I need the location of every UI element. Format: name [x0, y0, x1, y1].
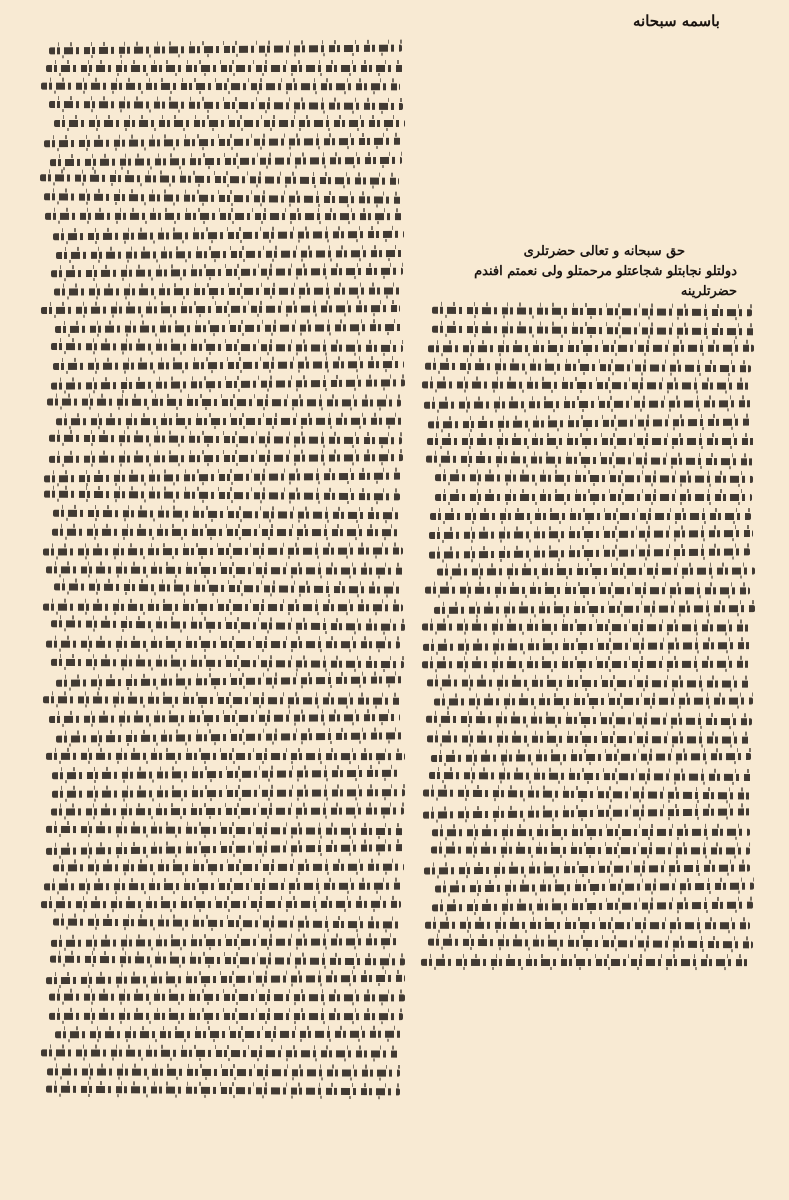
manuscript-line	[420, 711, 755, 730]
manuscript-line	[420, 655, 755, 674]
manuscript-line	[35, 821, 405, 840]
manuscript-line	[420, 748, 755, 767]
manuscript-line	[35, 747, 405, 766]
manuscript-line	[35, 1044, 405, 1063]
manuscript-line	[35, 1025, 405, 1044]
manuscript-line	[35, 263, 405, 282]
manuscript-line	[35, 1063, 405, 1082]
manuscript-line	[420, 395, 755, 414]
manuscript-line	[35, 672, 405, 691]
manuscript-line	[420, 507, 755, 526]
manuscript-line	[35, 951, 405, 970]
manuscript-line	[420, 544, 755, 563]
manuscript-line	[420, 860, 755, 879]
manuscript-line	[35, 895, 405, 914]
manuscript-line	[420, 451, 755, 470]
manuscript-line	[35, 300, 405, 319]
manuscript-line	[35, 96, 405, 115]
manuscript-line	[420, 618, 755, 637]
manuscript-line	[420, 916, 755, 935]
manuscript-line	[420, 767, 755, 786]
manuscript-line	[420, 339, 755, 358]
manuscript-line	[35, 393, 405, 412]
page-heading: باسمه سبحانه	[633, 12, 720, 30]
manuscript-line	[420, 525, 755, 544]
manuscript-line	[35, 579, 405, 598]
manuscript-line	[35, 542, 405, 561]
manuscript-line	[35, 40, 405, 59]
manuscript-line	[35, 245, 405, 264]
manuscript-line	[35, 133, 405, 152]
manuscript-line	[35, 523, 405, 542]
manuscript-line	[35, 840, 405, 859]
manuscript-line	[420, 934, 755, 953]
manuscript-line	[35, 59, 405, 78]
manuscript-line	[420, 692, 755, 711]
manuscript-line	[420, 562, 755, 581]
manuscript-line	[35, 226, 405, 245]
manuscript-line	[420, 414, 755, 433]
manuscript-line	[35, 77, 405, 96]
manuscript-line	[35, 728, 405, 747]
manuscript-line	[35, 709, 405, 728]
manuscript-line	[420, 600, 755, 619]
manuscript-line	[35, 430, 405, 449]
manuscript-line	[420, 897, 755, 916]
manuscript-line	[420, 581, 755, 600]
opening-line-2: دولتلو نجابتلو شجاعتلو مرحمتلو ولی نعمتم…	[420, 262, 737, 302]
manuscript-line	[420, 823, 755, 842]
manuscript-line	[420, 302, 755, 321]
manuscript-line	[420, 321, 755, 340]
manuscript-line	[35, 170, 405, 189]
manuscript-line	[35, 858, 405, 877]
opening-line-1: حق سبحانه و تعالی حضرتلری	[420, 242, 685, 262]
manuscript-line	[420, 674, 755, 693]
manuscript-page: باسمه سبحانه حق سبحانه و تعالی حضرتلری د…	[0, 0, 789, 1200]
manuscript-line	[420, 358, 755, 377]
manuscript-line	[420, 730, 755, 749]
manuscript-line	[420, 469, 755, 488]
manuscript-line	[35, 616, 405, 635]
manuscript-line	[35, 356, 405, 375]
manuscript-line	[35, 412, 405, 431]
manuscript-line	[35, 933, 405, 952]
manuscript-line	[420, 878, 755, 897]
manuscript-line	[35, 375, 405, 394]
manuscript-line	[420, 376, 755, 395]
manuscript-line	[35, 505, 405, 524]
manuscript-line	[420, 432, 755, 451]
manuscript-line	[35, 1081, 405, 1100]
manuscript-line	[35, 319, 405, 338]
manuscript-line	[35, 988, 405, 1007]
manuscript-line	[420, 637, 755, 656]
manuscript-line	[35, 189, 405, 208]
manuscript-line	[35, 114, 405, 133]
manuscript-line	[35, 654, 405, 673]
right-text-column: حق سبحانه و تعالی حضرتلری دولتلو نجابتلو…	[420, 242, 755, 992]
manuscript-line	[420, 841, 755, 860]
manuscript-line	[35, 561, 405, 580]
manuscript-line	[420, 953, 755, 972]
manuscript-line	[35, 282, 405, 301]
manuscript-line	[35, 914, 405, 933]
manuscript-line	[35, 449, 405, 468]
manuscript-line	[35, 802, 405, 821]
manuscript-line	[35, 784, 405, 803]
manuscript-line	[35, 207, 405, 226]
manuscript-line	[35, 598, 405, 617]
manuscript-line	[35, 1007, 405, 1026]
manuscript-line	[35, 691, 405, 710]
manuscript-line	[35, 152, 405, 171]
manuscript-line	[420, 804, 755, 823]
manuscript-line	[35, 486, 405, 505]
manuscript-line	[35, 468, 405, 487]
left-text-column	[35, 40, 405, 1170]
manuscript-line	[35, 877, 405, 896]
manuscript-line	[35, 970, 405, 989]
manuscript-line	[35, 765, 405, 784]
manuscript-line	[35, 635, 405, 654]
manuscript-line	[420, 785, 755, 804]
manuscript-line	[35, 338, 405, 357]
manuscript-line	[420, 488, 755, 507]
